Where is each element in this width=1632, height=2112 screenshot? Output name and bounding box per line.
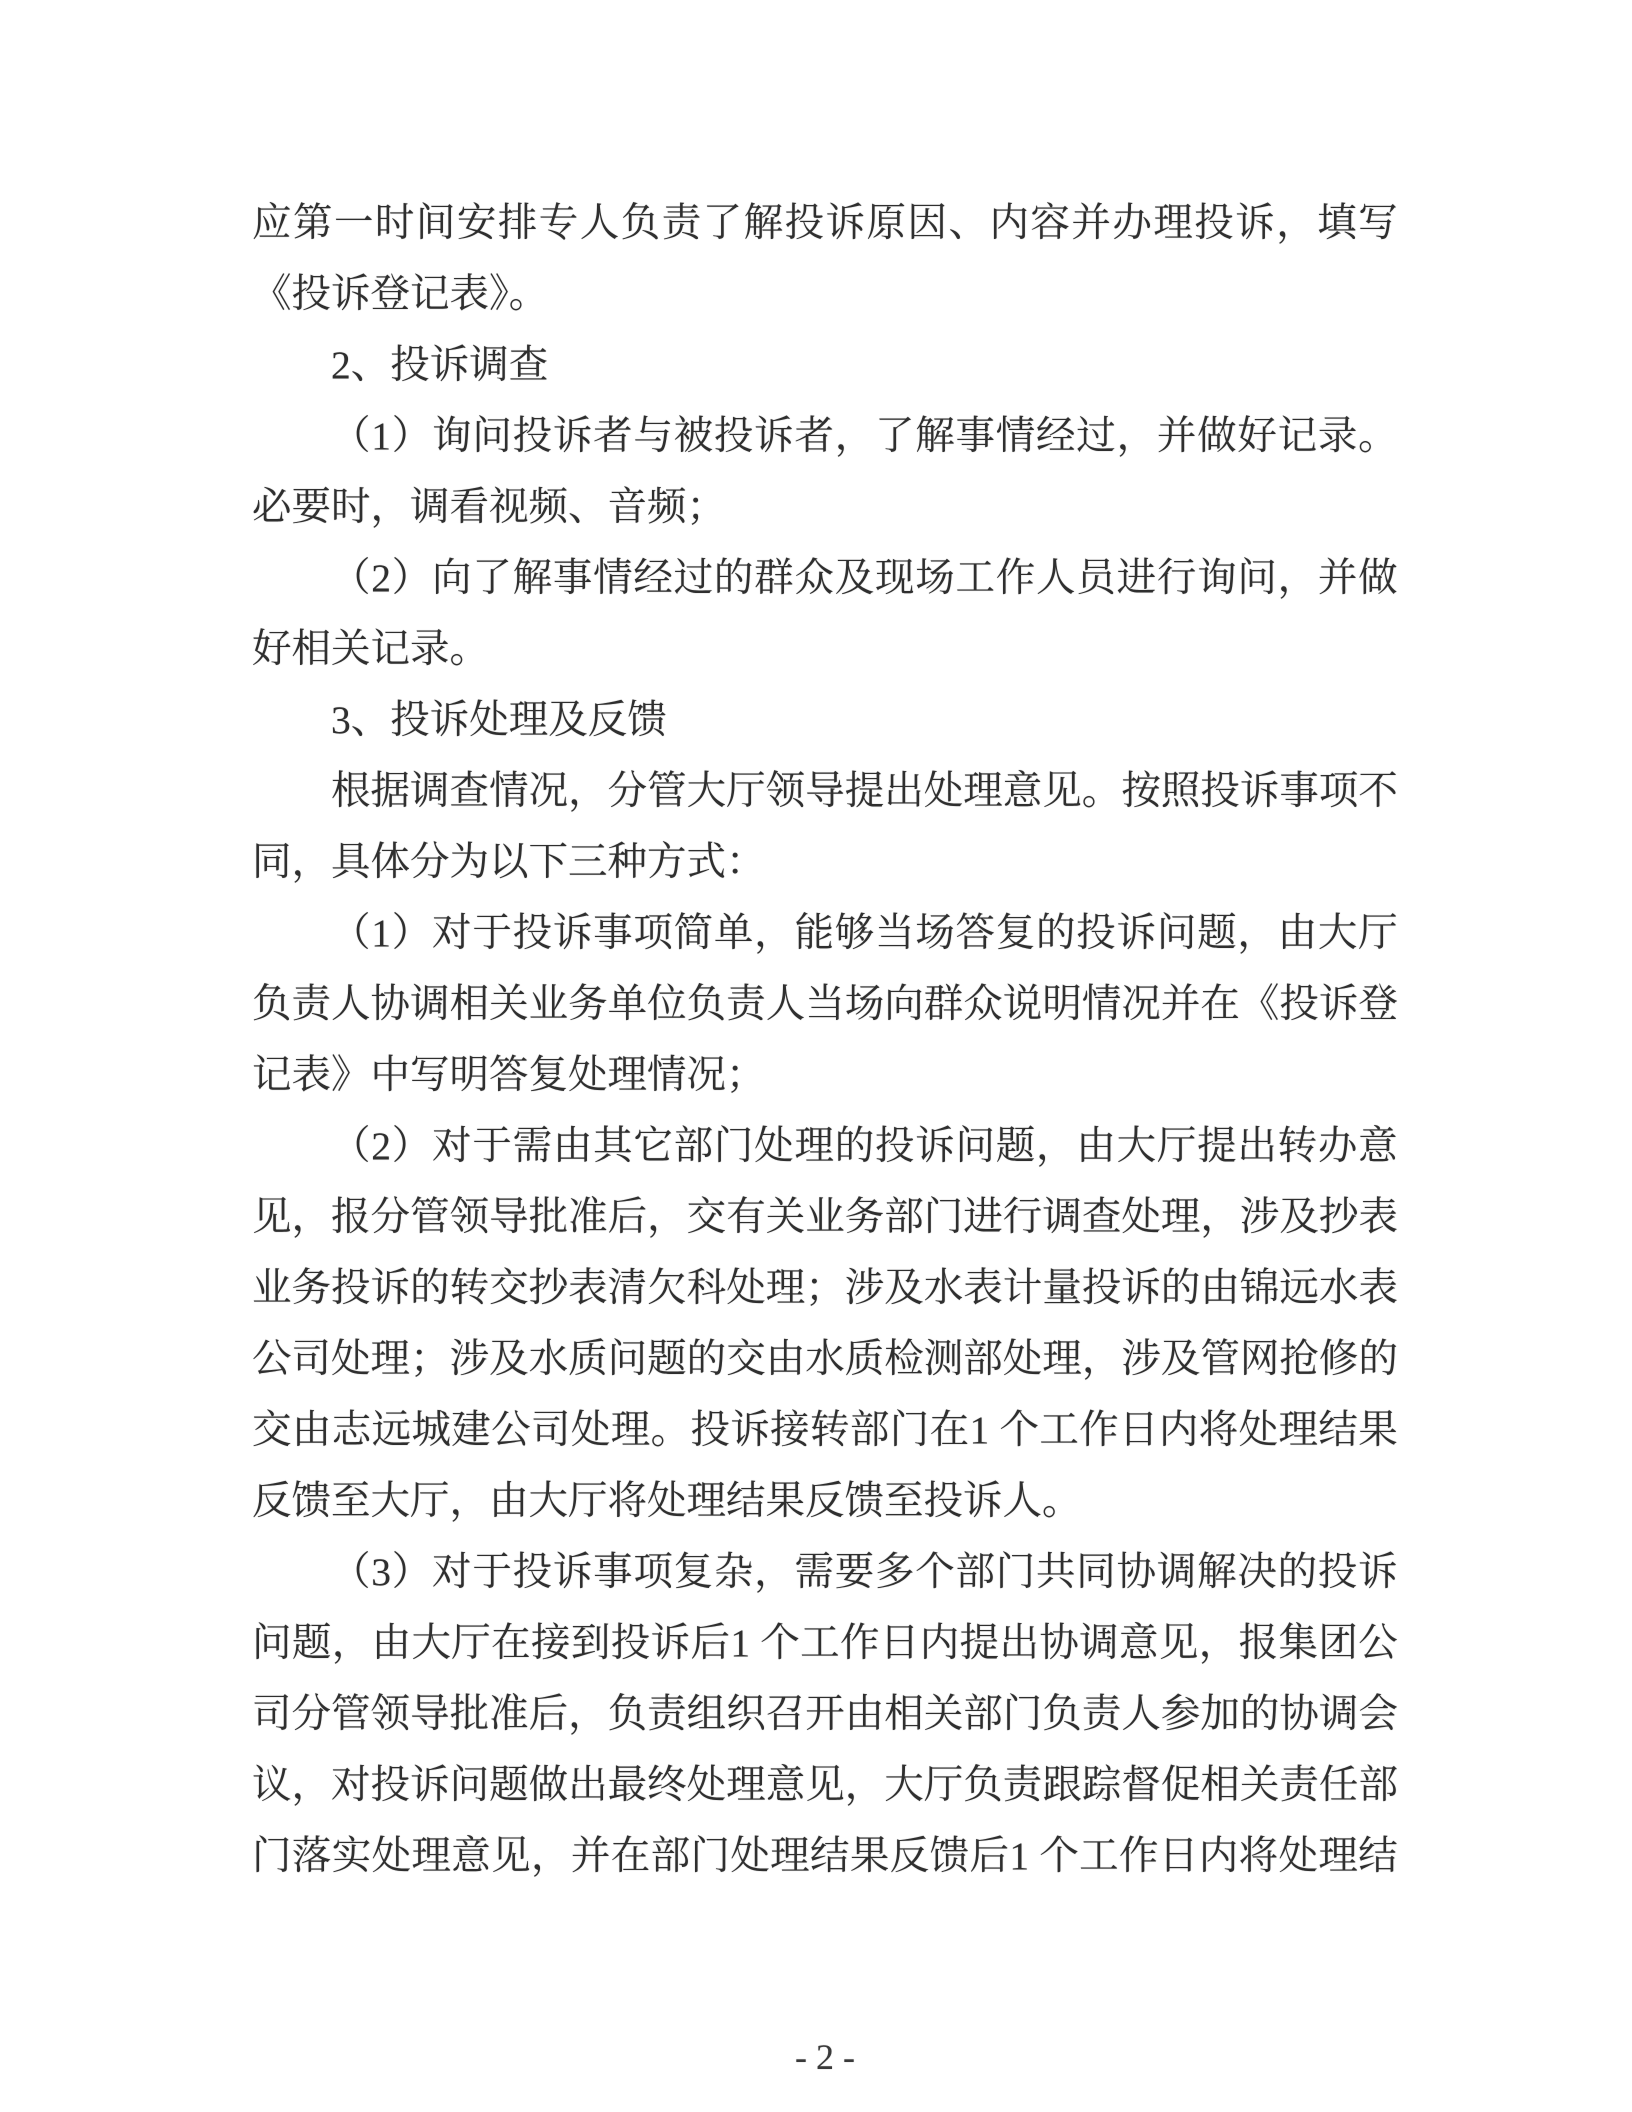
text-line-18: 交由志远城建公司处理。投诉接转部门在1 个工作日内将处理结果 <box>252 1395 1398 1466</box>
text-line-22: 司分管领导批准后，负责组织召开由相关部门负责人参加的协调会 <box>252 1679 1398 1750</box>
document-body-text: 应第一时间安排专人负责了解投诉原因、内容并办理投诉，填写《投诉登记表》。2、投诉… <box>252 188 1398 1892</box>
text-line-17: 公司处理；涉及水质问题的交由水质检测部处理，涉及管网抢修的 <box>252 1324 1398 1395</box>
page-number: - 2 - <box>9 2036 1632 2078</box>
text-line-6: （2）向了解事情经过的群众及现场工作人员进行询问，并做 <box>252 543 1398 614</box>
text-line-21: 问题，由大厅在接到投诉后1 个工作日内提出协调意见，报集团公 <box>252 1608 1398 1679</box>
text-line-10: 同，具体分为以下三种方式： <box>252 827 1398 898</box>
text-line-5: 必要时，调看视频、音频； <box>252 472 1398 543</box>
text-line-7: 好相关记录。 <box>252 614 1398 685</box>
text-line-15: 见，报分管领导批准后，交有关业务部门进行调查处理，涉及抄表 <box>252 1182 1398 1253</box>
text-line-13: 记表》中写明答复处理情况； <box>252 1040 1398 1111</box>
text-line-4: （1）询问投诉者与被投诉者，了解事情经过，并做好记录。 <box>252 401 1398 472</box>
text-line-16: 业务投诉的转交抄表清欠科处理；涉及水表计量投诉的由锦远水表 <box>252 1253 1398 1324</box>
text-line-14: （2）对于需由其它部门处理的投诉问题，由大厅提出转办意 <box>252 1111 1398 1182</box>
text-line-12: 负责人协调相关业务单位负责人当场向群众说明情况并在《投诉登 <box>252 969 1398 1040</box>
text-line-9: 根据调查情况，分管大厅领导提出处理意见。按照投诉事项不 <box>252 756 1398 827</box>
text-line-8: 3、投诉处理及反馈 <box>252 685 1398 756</box>
text-line-20: （3）对于投诉事项复杂，需要多个部门共同协调解决的投诉 <box>252 1537 1398 1608</box>
text-line-2: 《投诉登记表》。 <box>252 259 1398 330</box>
text-line-3: 2、投诉调查 <box>252 330 1398 401</box>
text-line-1: 应第一时间安排专人负责了解投诉原因、内容并办理投诉，填写 <box>252 188 1398 259</box>
text-line-24: 门落实处理意见，并在部门处理结果反馈后1 个工作日内将处理结 <box>252 1821 1398 1892</box>
text-line-11: （1）对于投诉事项简单，能够当场答复的投诉问题，由大厅 <box>252 898 1398 969</box>
document-page: 应第一时间安排专人负责了解投诉原因、内容并办理投诉，填写《投诉登记表》。2、投诉… <box>0 0 1632 2112</box>
text-line-19: 反馈至大厅，由大厅将处理结果反馈至投诉人。 <box>252 1466 1398 1537</box>
text-line-23: 议，对投诉问题做出最终处理意见，大厅负责跟踪督促相关责任部 <box>252 1750 1398 1821</box>
